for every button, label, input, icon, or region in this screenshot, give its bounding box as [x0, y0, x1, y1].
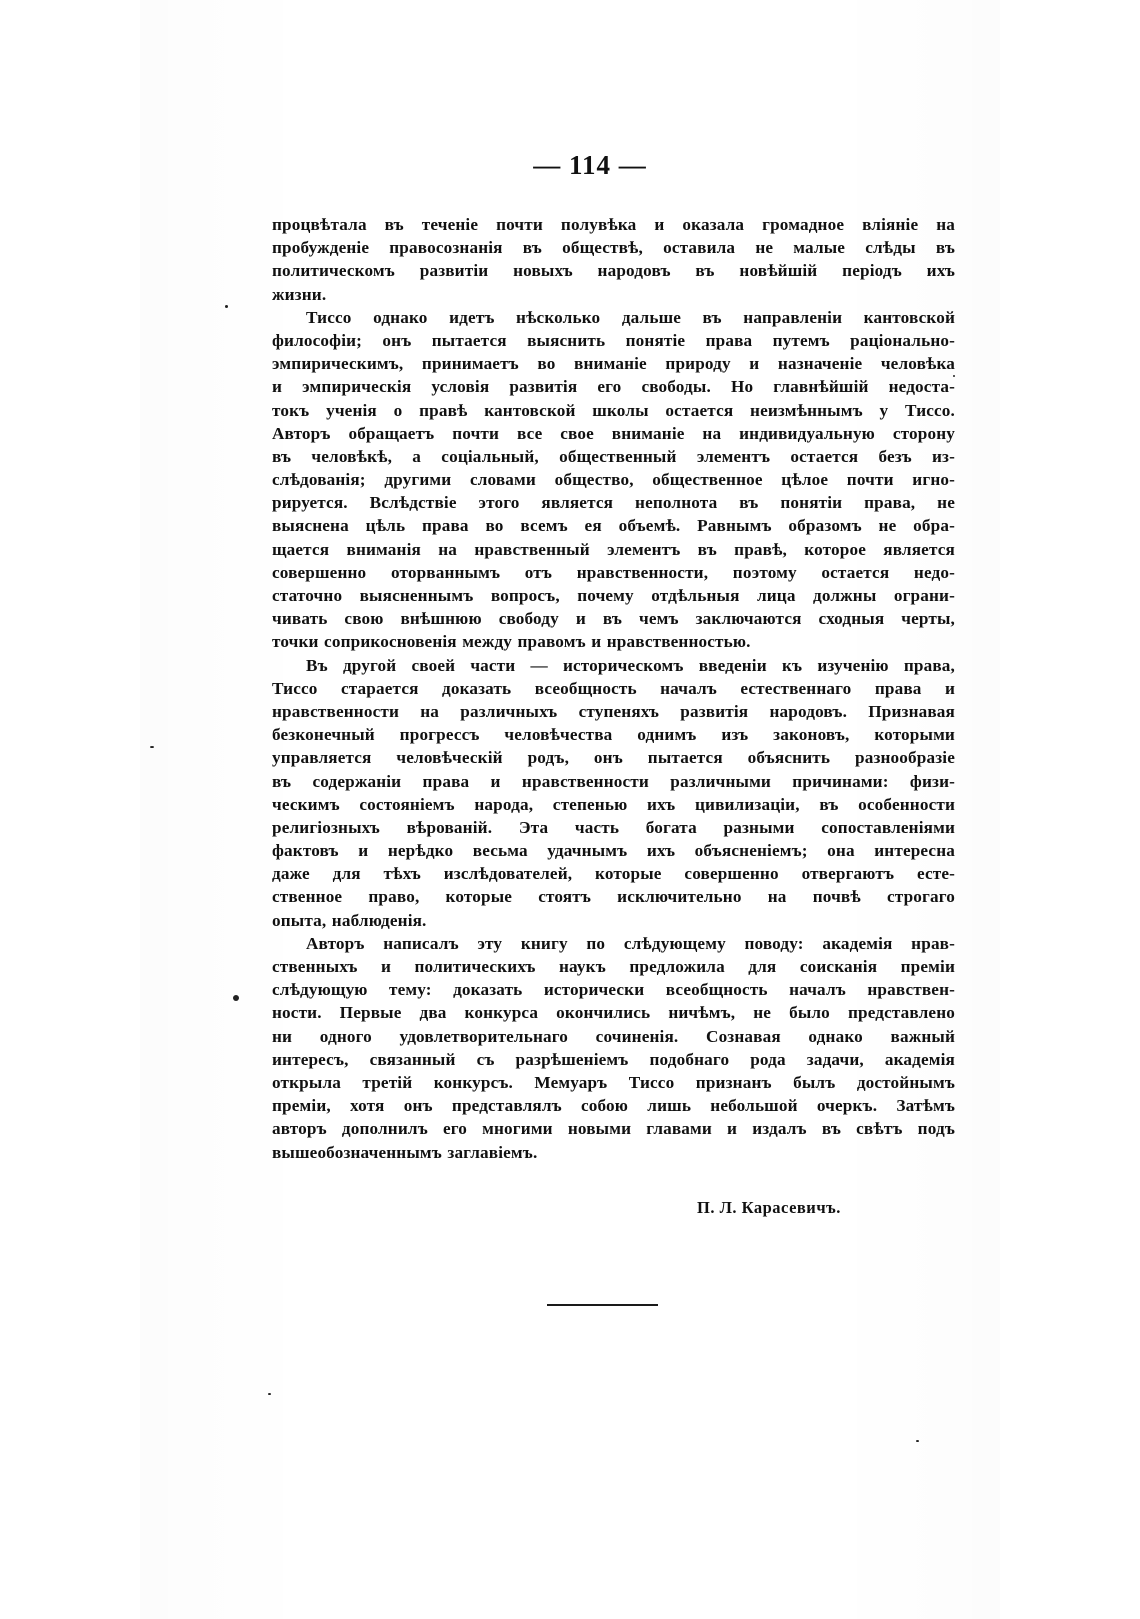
text-line: ческимъ состояніемъ народа, степенью ихъ…	[272, 793, 955, 816]
text-line: чивать свою внѣшнюю свободу и въ чемъ за…	[272, 607, 955, 630]
text-line: Тиссо однако идетъ нѣсколько дальше въ н…	[272, 306, 955, 329]
text-line: выяснена цѣль права во всемъ ея объемѣ. …	[272, 514, 955, 537]
text-line: открыла третій конкурсъ. Мемуаръ Тиссо п…	[272, 1071, 955, 1094]
text-line: безконечный прогрессъ человѣчества одним…	[272, 723, 955, 746]
text-line: пробужденіе правосознанія въ обществѣ, о…	[272, 236, 955, 259]
scan-speck	[225, 305, 228, 308]
text-line: слѣдующую тему: доказать исторически все…	[272, 978, 955, 1001]
text-line: рируется. Вслѣдствіе этого является непо…	[272, 491, 955, 514]
scan-speck	[953, 375, 955, 377]
text-line: даже для тѣхъ изслѣдователей, которые со…	[272, 862, 955, 885]
text-line: Въ другой своей части — историческомъ вв…	[272, 654, 955, 677]
author-signature: П. Л. Карасевичъ.	[697, 1198, 841, 1218]
text-line: интересъ, связанный съ разрѣшеніемъ подо…	[272, 1048, 955, 1071]
text-line: процвѣтала въ теченіе почти полувѣка и о…	[272, 213, 955, 236]
text-line: политическомъ развитіи новыхъ народовъ в…	[272, 259, 955, 282]
text-line: Тиссо старается доказать всеобщность нач…	[272, 677, 955, 700]
text-line: совершенно оторваннымъ отъ нравственност…	[272, 561, 955, 584]
scan-speck	[268, 1393, 271, 1395]
text-line: преміи, хотя онъ представлялъ собою лишь…	[272, 1094, 955, 1117]
text-line: и эмпирическія условія развитія его своб…	[272, 375, 955, 398]
text-line: Авторъ написалъ эту книгу по слѣдующему …	[272, 932, 955, 955]
end-divider	[547, 1304, 658, 1306]
scan-speck	[233, 995, 239, 1001]
body-text: процвѣтала въ теченіе почти полувѣка и о…	[272, 213, 955, 1164]
text-line: ственное право, которые стоятъ исключите…	[272, 885, 955, 908]
paragraph: Тиссо однако идетъ нѣсколько дальше въ н…	[272, 306, 955, 654]
text-line: въ содержаніи права и нравственности раз…	[272, 770, 955, 793]
text-line: религіозныхъ вѣрованій. Эта часть богата…	[272, 816, 955, 839]
text-line: точки соприкосновенія между правомъ и нр…	[272, 630, 955, 653]
text-line: опыта, наблюденія.	[272, 909, 955, 932]
text-line: нравственности на различныхъ ступеняхъ р…	[272, 700, 955, 723]
text-line: ни одного удовлетворительнаго сочиненія.…	[272, 1025, 955, 1048]
text-line: жизни.	[272, 283, 955, 306]
text-line: управляется человѣческій родъ, онъ пытае…	[272, 746, 955, 769]
text-line: щается вниманія на нравственный элементъ…	[272, 538, 955, 561]
text-line: слѣдованія; другими словами общество, об…	[272, 468, 955, 491]
scan-speck	[916, 1440, 919, 1442]
text-line: фактовъ и нерѣдко весьма удачнымъ ихъ об…	[272, 839, 955, 862]
text-line: эмпирическимъ, принимаетъ во вниманіе пр…	[272, 352, 955, 375]
text-line: въ человѣкѣ, а соціальный, общественный …	[272, 445, 955, 468]
page-number: — 114 —	[0, 150, 1140, 181]
paragraph: процвѣтала въ теченіе почти полувѣка и о…	[272, 213, 955, 306]
text-line: статочно выясненнымъ вопросъ, почему отд…	[272, 584, 955, 607]
text-line: Авторъ обращаетъ почти все свое вниманіе…	[272, 422, 955, 445]
text-line: токъ ученія о правѣ кантовской школы ост…	[272, 399, 955, 422]
scan-speck	[150, 746, 154, 748]
text-line: философіи; онъ пытается выяснить понятіе…	[272, 329, 955, 352]
text-line: ственныхъ и политическихъ наукъ предложи…	[272, 955, 955, 978]
paragraph: Въ другой своей части — историческомъ вв…	[272, 654, 955, 932]
text-line: ности. Первые два конкурса окончились ни…	[272, 1001, 955, 1024]
paragraph: Авторъ написалъ эту книгу по слѣдующему …	[272, 932, 955, 1164]
text-line: авторъ дополнилъ его многими новыми глав…	[272, 1117, 955, 1140]
text-line: вышеобозначеннымъ заглавіемъ.	[272, 1141, 955, 1164]
